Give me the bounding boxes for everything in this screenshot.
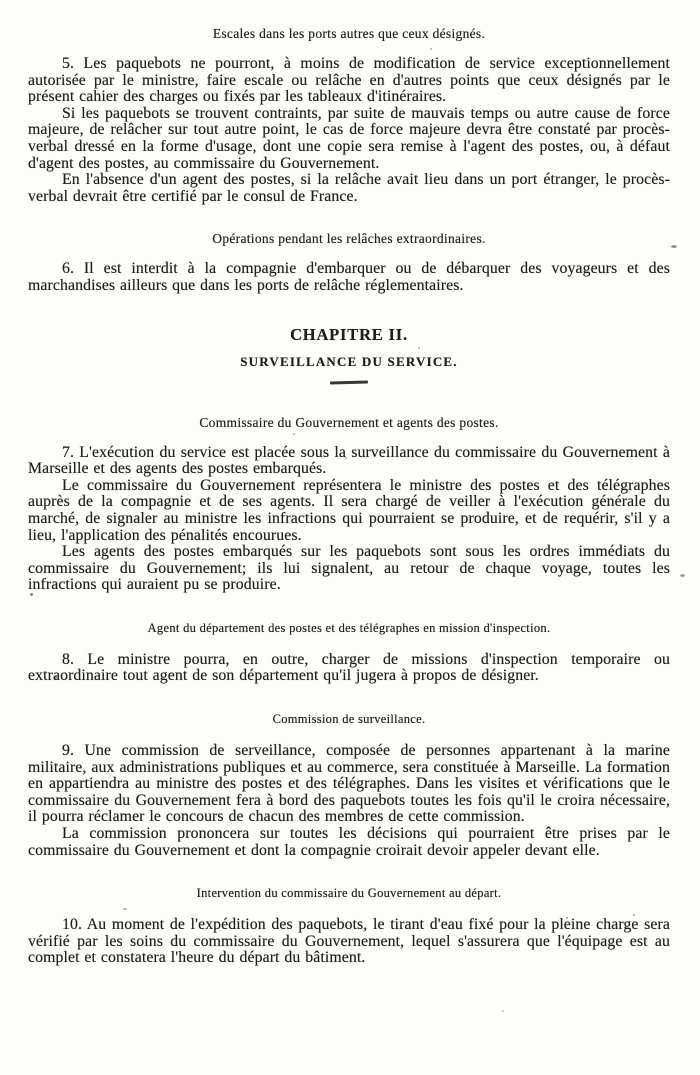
article-paragraph: 8. Le ministre pourra, en outre, charger… (28, 652, 670, 685)
scan-speck (502, 1010, 504, 1012)
scan-speck (293, 433, 295, 435)
scan-speck (418, 347, 420, 349)
scan-speck (671, 245, 677, 248)
scan-speck (30, 593, 33, 596)
crosshead-title-small: Intervention du commissaire du Gouvernem… (28, 885, 670, 901)
separator-rule (330, 380, 368, 384)
article-paragraph: Les agents des postes embarqués sur les … (28, 544, 670, 594)
section-heading: SURVEILLANCE DU SERVICE. (28, 354, 670, 370)
article-paragraph: 9. Une commission de serveillance, compo… (28, 743, 670, 826)
scan-speck (86, 142, 88, 144)
scan-speck (54, 676, 57, 679)
scanned-document-page: Escales dans les ports autres que ceux d… (0, 0, 700, 1075)
article-paragraph: Le commissaire du Gouvernement représent… (28, 478, 670, 544)
article-paragraph: La commission prononcera sur toutes les … (28, 826, 670, 859)
article-paragraph: 7. L'exécution du service est placée sou… (28, 445, 670, 478)
crosshead-title: Commissaire du Gouvernement et agents de… (28, 415, 670, 431)
crosshead-title-small: Commission de surveillance. (28, 711, 670, 727)
article-paragraph: 6. Il est interdit à la compagnie d'emba… (28, 261, 670, 294)
article-paragraph: 5. Les paquebots ne pourront, à moins de… (28, 56, 670, 106)
scan-speck (633, 914, 635, 916)
crosshead-title-small: Agent du département des postes et des t… (28, 620, 670, 636)
article-paragraph: En l'absence d'un agent des postes, si l… (28, 172, 670, 205)
article-paragraph: Si les paquebots se trouvent contraints,… (28, 106, 670, 172)
crosshead-title: Opérations pendant les relâches extraord… (28, 231, 670, 247)
chapter-heading: CHAPITRE II. (28, 325, 670, 345)
scan-speck (566, 917, 568, 919)
document-body: Escales dans les ports autres que ceux d… (28, 26, 670, 967)
scan-speck (123, 908, 127, 910)
article-paragraph: 10. Au moment de l'expédition des paqueb… (28, 917, 670, 967)
scan-speck (345, 457, 347, 459)
crosshead-title: Escales dans les ports autres que ceux d… (28, 26, 670, 42)
scan-speck (680, 574, 685, 577)
scan-speck (430, 48, 432, 50)
